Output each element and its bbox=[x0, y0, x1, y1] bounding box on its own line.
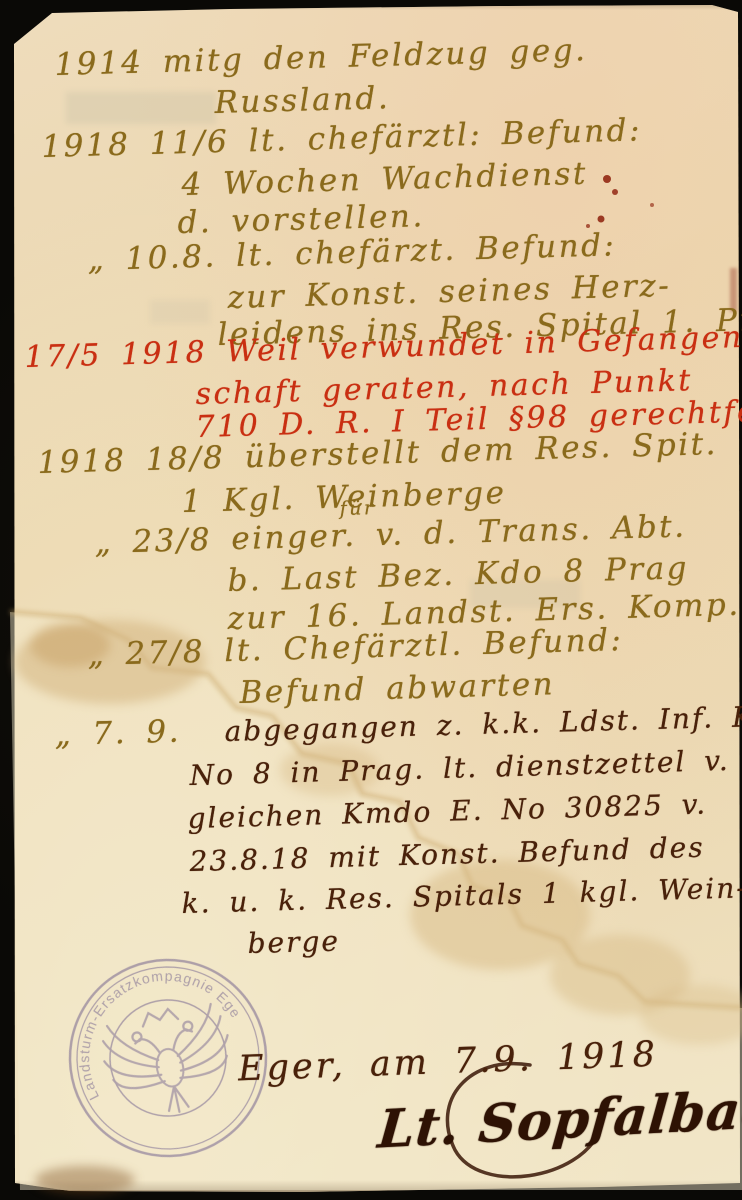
photographed-record-card: Landsturm-Ersatzkompagnie Eger 1914 mitg… bbox=[0, 0, 742, 1200]
pen-flourish bbox=[0, 0, 742, 1200]
